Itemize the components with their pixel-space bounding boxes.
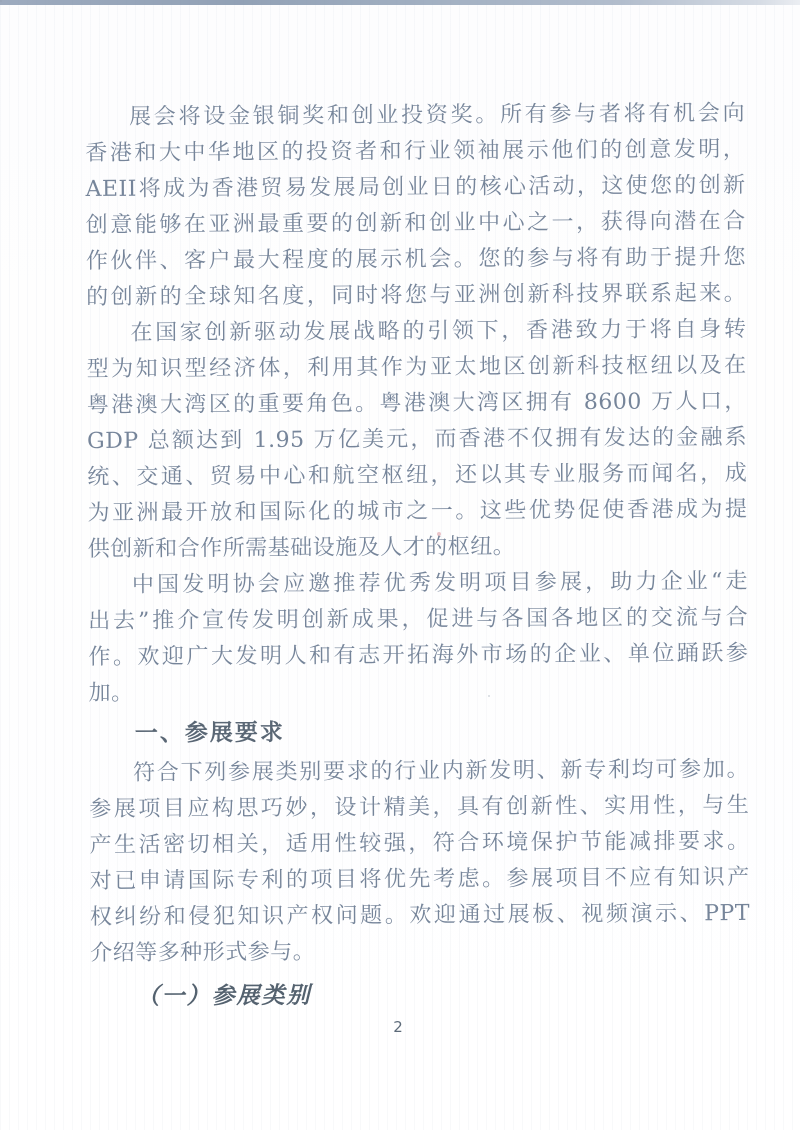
body-line: 权纠纷和侵犯知识产权问题。欢迎通过展板、视频演示、PPT [90, 896, 750, 936]
paragraph-awards: 展会将设金银铜奖和创业投资奖。所有参与者将有机会向 香港和大中华地区的投资者和行… [85, 96, 746, 316]
paragraph-requirements: 符合下列参展类别要求的行业内新发明、新专利均可参加。 参展项目应构思巧妙，设计精… [89, 752, 750, 972]
page-number: 2 [358, 1018, 438, 1036]
body-line: 供创新和合作所需基础设施及人才的枢纽。 [88, 528, 748, 568]
body-line: 为亚洲最开放和国际化的城市之一。这些优势促使香港成为提 [87, 492, 747, 532]
body-line: 对已申请国际专利的项目将优先考虑。参展项目不应有知识产 [90, 860, 750, 900]
scanner-edge-shadow [0, 0, 800, 5]
body-line: GDP 总额达到 1.95 万亿美元，而香港不仅拥有发达的金融系 [87, 420, 747, 460]
section-heading-requirements: 一、参展要求 [89, 708, 749, 756]
body-line: 香港和大中华地区的投资者和行业领袖展示他们的创意发明， [85, 132, 745, 172]
body-line: 产生活密切相关，适用性较强，符合环境保护节能减排要求。 [89, 824, 749, 864]
body-line: 展会将设金银铜奖和创业投资奖。所有参与者将有机会向 [85, 96, 745, 136]
body-line: 参展项目应构思巧妙，设计精美，具有创新性、实用性，与生 [89, 788, 749, 828]
body-line: 符合下列参展类别要求的行业内新发明、新专利均可参加。 [89, 752, 749, 792]
body-line: 介绍等多种形式参与。 [90, 932, 750, 972]
scan-noise-specks [0, 0, 2, 2]
body-line: 出去”推介宣传发明创新成果，促进与各国各地区的交流与合 [88, 600, 748, 640]
subsection-heading-categories: （一）参展类别 [90, 970, 750, 1020]
body-line: 作。欢迎广大发明人和有志开拓海外市场的企业、单位踊跃参 [88, 636, 748, 676]
body-line: 作伙伴、客户最大程度的展示机会。您的参与将有助于提升您 [86, 240, 746, 280]
body-line: 粤港澳大湾区的重要角色。粤港澳大湾区拥有 8600 万人口， [87, 384, 747, 424]
body-line: 在国家创新驱动发展战略的引领下，香港致力于将自身转 [86, 312, 746, 352]
body-line: 的创新的全球知名度，同时将您与亚洲创新科技界联系起来。 [86, 276, 746, 316]
body-line: 中国发明协会应邀推荐优秀发明项目参展，助力企业“走 [88, 564, 748, 604]
body-line: 统、交通、贸易中心和航空枢纽，还以其专业服务而闻名，成 [87, 456, 747, 496]
body-line: 加。 [89, 672, 749, 712]
body-line: AEII将成为香港贸易发展局创业日的核心活动，这使您的创新 [85, 168, 745, 208]
body-line: 型为知识型经济体，利用其作为亚太地区创新科技枢纽以及在 [87, 348, 747, 388]
paragraph-hongkong: 在国家创新驱动发展战略的引领下，香港致力于将自身转 型为知识型经济体，利用其作为… [86, 312, 748, 568]
body-line: 创意能够在亚洲最重要的创新和创业中心之一，获得向潜在合 [86, 204, 746, 244]
scanned-document-page: 展会将设金银铜奖和创业投资奖。所有参与者将有机会向 香港和大中华地区的投资者和行… [0, 0, 800, 1130]
paragraph-invitation: 中国发明协会应邀推荐优秀发明项目参展，助力企业“走 出去”推介宣传发明创新成果，… [88, 564, 749, 712]
document-body: 展会将设金银铜奖和创业投资奖。所有参与者将有机会向 香港和大中华地区的投资者和行… [85, 96, 751, 1020]
